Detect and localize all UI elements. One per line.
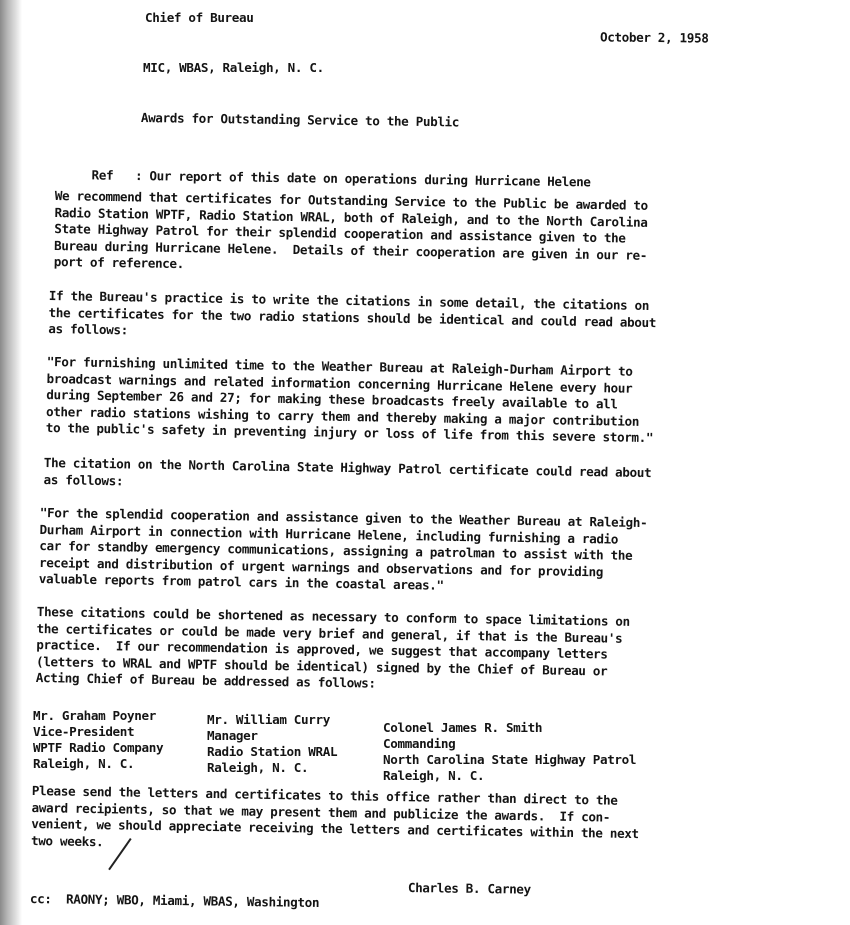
addressee-wptf: Mr. Graham PoynerVice-PresidentWPTF Radi…	[33, 708, 163, 772]
citation-radio: "For furnishing unlimited time to the We…	[46, 354, 655, 447]
memo-from: MIC, WBAS, Raleigh, N. C.	[143, 60, 324, 75]
signature-name: Charles B. Carney	[408, 880, 531, 897]
memo-to: Chief of Bureau	[145, 10, 253, 25]
ref-text: Our report of this date on operations du…	[149, 168, 590, 189]
memo-date: October 2, 1958	[600, 29, 709, 45]
addressee-patrol: Colonel James R. SmithCommandingNorth Ca…	[383, 720, 636, 784]
paragraph-4: These citations could be shortened as ne…	[36, 604, 630, 696]
paragraph-1: We recommend that certificates for Outst…	[54, 188, 648, 280]
addressee-wral: Mr. William CurryManagerRadio Station WR…	[207, 712, 337, 776]
paragraph-3: The citation on the North Carolina State…	[43, 455, 651, 498]
memo-page: Chief of Bureau October 2, 1958 MIC, WBA…	[0, 0, 850, 925]
memo-subject: Awards for Outstanding Service to the Pu…	[141, 110, 459, 129]
ref-label: Ref	[92, 167, 114, 182]
citation-patrol: "For the splendid cooperation and assist…	[39, 505, 648, 598]
cc-line: cc: RAONY; WBO, Miami, WBAS, Washington	[30, 891, 319, 910]
paragraph-2: If the Bureau's practice is to write the…	[48, 288, 656, 348]
